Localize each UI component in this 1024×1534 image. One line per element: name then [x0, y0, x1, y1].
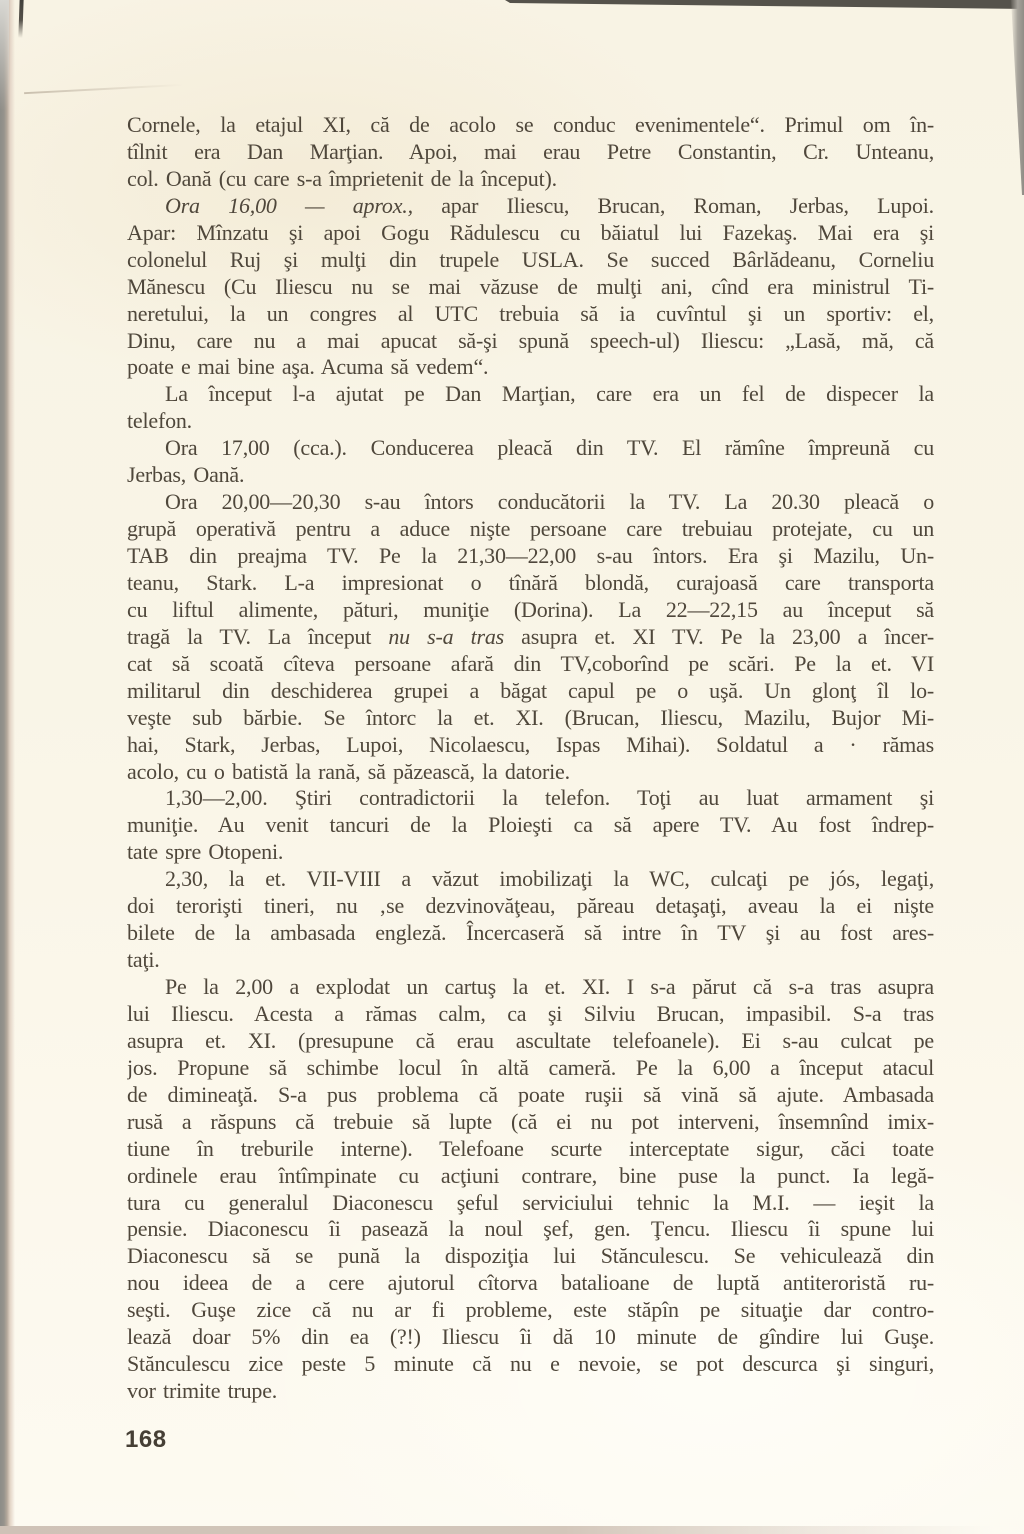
text-line: Ora 20,00—20,30 s-au întors conducătorii… — [127, 489, 934, 516]
text-line: nou ideea de a cere ajutorul cîtorva bat… — [127, 1270, 934, 1297]
scan-edge-left-top — [0, 0, 9, 110]
text-line: bilete de la ambasada engleză. Încercase… — [127, 920, 934, 947]
text-segment: asupra et. XI. (presupune că erau ascult… — [127, 1028, 934, 1053]
text-segment: rusă a răspuns că trebuie să lupte (că e… — [127, 1109, 934, 1134]
text-line: tragă la TV. La început nu s-a tras asup… — [127, 624, 934, 651]
text-line: poate e mai bine aşa. Acuma să vedem“. — [127, 354, 934, 381]
page-number: 168 — [125, 1426, 167, 1454]
text-segment: pensie. Diaconescu îi pasează la noul şe… — [127, 1216, 934, 1241]
scan-edge-bottom — [0, 1526, 1024, 1534]
text-segment: col. Oană (cu care s-a împrietenit de la… — [127, 166, 557, 191]
text-segment: telefon. — [127, 408, 192, 433]
text-line: muniţie. Au venit tancuri de la Ploieşti… — [127, 812, 934, 839]
text-segment: taţi. — [127, 947, 160, 972]
text-segment: teanu, Stark. L-a impresionat o tînără b… — [127, 570, 934, 595]
text-line: telefon. — [127, 408, 934, 435]
text-line: Ora 17,00 (cca.). Conducerea pleacă din … — [127, 435, 934, 462]
text-segment: tiune în treburile interne). Telefoane s… — [127, 1136, 934, 1161]
text-line: Cornele, la etajul XI, că de acolo se co… — [127, 112, 934, 139]
text-line: vor trimite trupe. — [127, 1378, 934, 1405]
text-line: acolo, cu o batistă la rană, să păzească… — [127, 759, 934, 786]
text-segment: veşte sub bărbie. Se întorc la et. XI. (… — [127, 705, 934, 730]
text-line: lează doar 5% din ea (?!) Iliescu îi dă … — [127, 1324, 934, 1351]
text-line: Mănescu (Cu Iliescu nu se mai văzuse de … — [127, 274, 934, 301]
text-line: teanu, Stark. L-a impresionat o tînără b… — [127, 570, 934, 597]
text-segment: muniţie. Au venit tancuri de la Ploieşti… — [127, 812, 934, 837]
text-line: asupra et. XI. (presupune că erau ascult… — [127, 1028, 934, 1055]
text-line: militarul din deschiderea grupei a băgat… — [127, 678, 934, 705]
text-line: Jerbas, Oană. — [127, 462, 934, 489]
text-segment: hai, Stark, Jerbas, Lupoi, Nicolaescu, I… — [127, 732, 934, 757]
text-line: taţi. — [127, 947, 934, 974]
text-segment: 2,30, la et. VII-VIII a văzut imobilizaţ… — [165, 866, 934, 891]
text-line: Stănculescu zice peste 5 minute că nu e … — [127, 1351, 934, 1378]
text-line: rusă a răspuns că trebuie să lupte (că e… — [127, 1109, 934, 1136]
text-line: grupă operativă pentru a aduce nişte per… — [127, 516, 934, 543]
text-line: 1,30—2,00. Ştiri contradictorii la telef… — [127, 785, 934, 812]
text-segment: asupra et. XI TV. Pe la 23,00 a încer- — [504, 624, 934, 649]
text-segment: apar Iliescu, Brucan, Roman, Jerbas, Lup… — [413, 193, 934, 218]
text-segment: lui Iliescu. Acesta a rămas calm, ca şi … — [127, 1001, 934, 1026]
text-line: de dimineaţă. S-a pus problema că poate … — [127, 1082, 934, 1109]
text-segment: poate e mai bine aşa. Acuma să vedem“. — [127, 354, 488, 379]
text-line: tîlnit era Dan Marţian. Apoi, mai erau P… — [127, 139, 934, 166]
text-segment: ordinele erau întîmpinate cu acţiuni con… — [127, 1163, 934, 1188]
text-segment: tura cu generalul Diaconescu şeful servi… — [127, 1190, 934, 1215]
text-segment: tragă la TV. La început — [127, 624, 388, 649]
text-segment: doi terorişti tineri, nu ‚se dezvinovăţe… — [127, 893, 934, 918]
text-segment: Ora 20,00—20,30 s-au întors conducătorii… — [165, 489, 934, 514]
text-line: col. Oană (cu care s-a împrietenit de la… — [127, 166, 934, 193]
text-line: veşte sub bărbie. Se întorc la et. XI. (… — [127, 705, 934, 732]
text-segment: cu liftul alimente, pături, muniţie (Dor… — [127, 597, 934, 622]
text-line: Ora 16,00 — aprox., apar Iliescu, Brucan… — [127, 193, 934, 220]
text-line: seşti. Guşe zice că nu ar fi probleme, e… — [127, 1297, 934, 1324]
scanned-book-page: Cornele, la etajul XI, că de acolo se co… — [0, 0, 1024, 1534]
text-line: La început l-a ajutat pe Dan Marţian, ca… — [127, 381, 934, 408]
text-segment: Pe la 2,00 a explodat un cartuş la et. X… — [165, 974, 934, 999]
text-line: pensie. Diaconescu îi pasează la noul şe… — [127, 1216, 934, 1243]
text-segment: vor trimite trupe. — [127, 1378, 277, 1403]
text-line: jos. Propune să schimbe locul în altă ca… — [127, 1055, 934, 1082]
text-segment: colonelul Ruj şi mulţi din trupele USLA.… — [127, 247, 934, 272]
text-line: 2,30, la et. VII-VIII a văzut imobilizaţ… — [127, 866, 934, 893]
text-segment: neretului, la un congres al UTC trebuia … — [127, 301, 934, 326]
text-line: colonelul Ruj şi mulţi din trupele USLA.… — [127, 247, 934, 274]
text-line: tate spre Otopeni. — [127, 839, 934, 866]
text-line: TAB din preajma TV. Pe la 21,30—22,00 s-… — [127, 543, 934, 570]
text-segment: militarul din deschiderea grupei a băgat… — [127, 678, 934, 703]
text-segment-italic: nu s-a tras — [388, 624, 504, 649]
text-segment: Diaconescu să se pună la dispoziţia lui … — [127, 1243, 934, 1268]
text-line: cu liftul alimente, pături, muniţie (Dor… — [127, 597, 934, 624]
text-line: tura cu generalul Diaconescu şeful servi… — [127, 1190, 934, 1217]
text-segment: cat să scoată cîteva persoane afară din … — [127, 651, 934, 676]
text-segment: tate spre Otopeni. — [127, 839, 283, 864]
text-line: Diaconescu să se pună la dispoziţia lui … — [127, 1243, 934, 1270]
text-line: doi terorişti tineri, nu ‚se dezvinovăţe… — [127, 893, 934, 920]
binding-mark — [18, 0, 23, 38]
text-segment: bilete de la ambasada engleză. Încercase… — [127, 920, 934, 945]
text-segment: tîlnit era Dan Marţian. Apoi, mai erau P… — [127, 139, 934, 164]
text-segment: acolo, cu o batistă la rană, să păzească… — [127, 759, 570, 784]
text-segment: Stănculescu zice peste 5 minute că nu e … — [127, 1351, 934, 1376]
text-segment: Jerbas, Oană. — [127, 462, 244, 487]
text-line: hai, Stark, Jerbas, Lupoi, Nicolaescu, I… — [127, 732, 934, 759]
page-crease-line — [24, 84, 184, 94]
text-line: neretului, la un congres al UTC trebuia … — [127, 301, 934, 328]
text-segment: Mănescu (Cu Iliescu nu se mai văzuse de … — [127, 274, 934, 299]
text-line: tiune în treburile interne). Telefoane s… — [127, 1136, 934, 1163]
text-segment: jos. Propune să schimbe locul în altă ca… — [127, 1055, 934, 1080]
text-segment-italic: Ora 16,00 — aprox., — [165, 193, 413, 218]
text-segment: de dimineaţă. S-a pus problema că poate … — [127, 1082, 934, 1107]
text-segment: Ora 17,00 (cca.). Conducerea pleacă din … — [165, 435, 934, 460]
page-text-block: Cornele, la etajul XI, că de acolo se co… — [127, 112, 934, 1405]
text-line: ordinele erau întîmpinate cu acţiuni con… — [127, 1163, 934, 1190]
text-line: Dinu, care nu a mai apucat să-şi spună s… — [127, 328, 934, 355]
text-segment: grupă operativă pentru a aduce nişte per… — [127, 516, 934, 541]
text-segment: Dinu, care nu a mai apucat să-şi spună s… — [127, 328, 934, 353]
text-segment: La început l-a ajutat pe Dan Marţian, ca… — [165, 381, 934, 406]
scan-edge-top — [0, 0, 1024, 10]
text-segment: TAB din preajma TV. Pe la 21,30—22,00 s-… — [127, 543, 934, 568]
text-line: Pe la 2,00 a explodat un cartuş la et. X… — [127, 974, 934, 1001]
text-segment: lează doar 5% din ea (?!) Iliescu îi dă … — [127, 1324, 934, 1349]
text-line: cat să scoată cîteva persoane afară din … — [127, 651, 934, 678]
scan-edge-right — [1010, 0, 1024, 195]
text-segment: 1,30—2,00. Ştiri contradictorii la telef… — [165, 785, 934, 810]
text-line: Apar: Mînzatu şi apoi Gogu Rădulescu cu … — [127, 220, 934, 247]
scan-edge-left — [0, 0, 15, 1534]
text-segment: nou ideea de a cere ajutorul cîtorva bat… — [127, 1270, 934, 1295]
text-segment: Cornele, la etajul XI, că de acolo se co… — [127, 112, 934, 137]
text-line: lui Iliescu. Acesta a rămas calm, ca şi … — [127, 1001, 934, 1028]
text-segment: Apar: Mînzatu şi apoi Gogu Rădulescu cu … — [127, 220, 934, 245]
text-segment: seşti. Guşe zice că nu ar fi probleme, e… — [127, 1297, 934, 1322]
